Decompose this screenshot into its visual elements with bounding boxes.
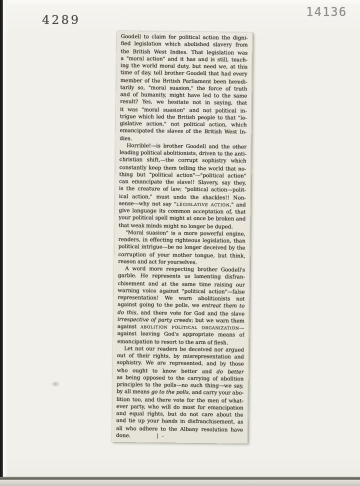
- clipping-text: Goodell to claim for political action th…: [116, 34, 248, 442]
- left-page-number-stamp: 4289: [42, 13, 81, 27]
- page-left-edge-highlight: [3, 0, 7, 486]
- right-page-number-stamp: 14136: [306, 5, 347, 19]
- page-bottom-band: [0, 480, 360, 486]
- pencil-smudge: [51, 381, 60, 387]
- clipping-end-mark: | -: [157, 433, 165, 439]
- newspaper-clipping: Goodell to claim for political action th…: [112, 31, 253, 444]
- clipping-line: emancipated the slaves of the British We…: [120, 128, 247, 137]
- scan-page: 4289 14136 Goodell to claim for politica…: [0, 0, 360, 486]
